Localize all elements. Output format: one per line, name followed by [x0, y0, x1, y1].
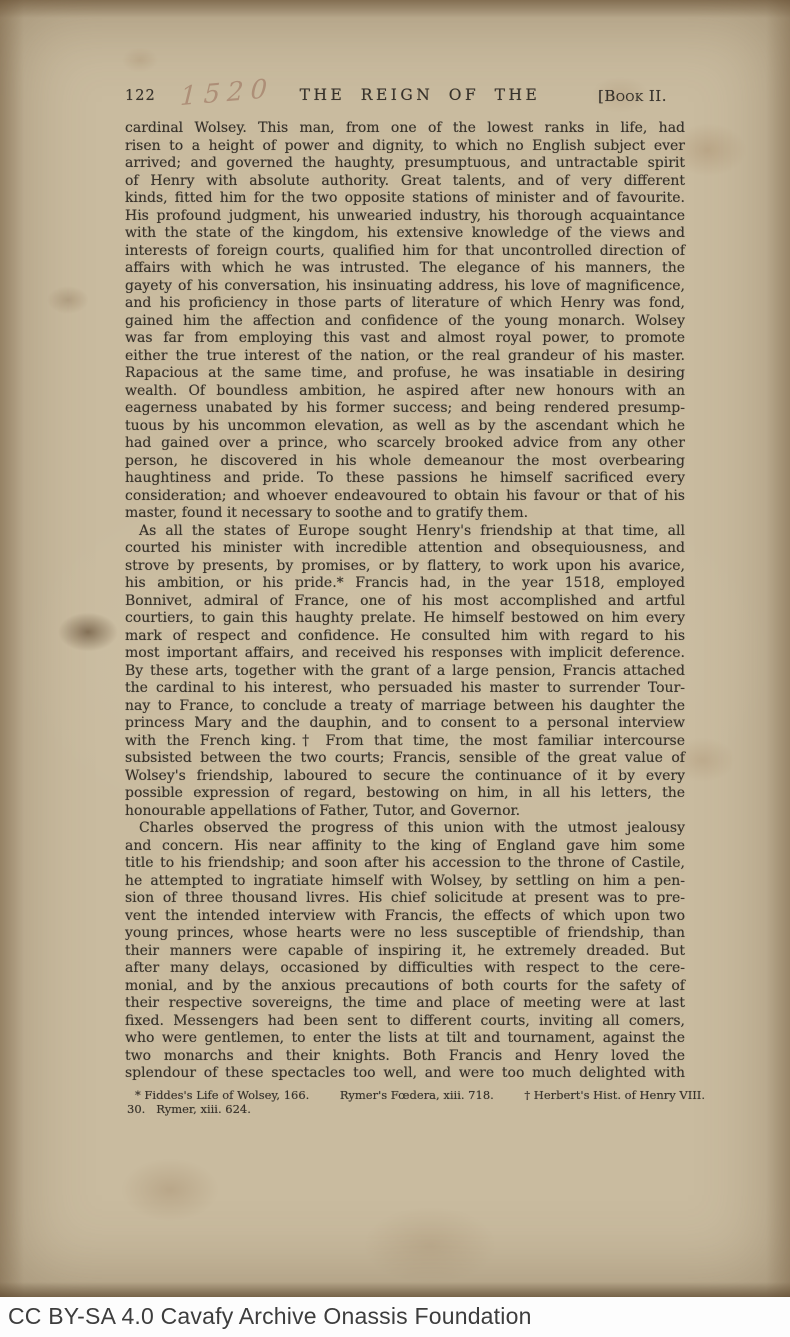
- footnote-line-2: 30. Rymer, xiii. 624.: [127, 1102, 705, 1116]
- text-line: young princes, whose hearts were no less…: [125, 925, 685, 943]
- license-text: CC BY-SA 4.0 Cavafy Archive Onassis Foun…: [0, 1297, 790, 1336]
- text-line: gayety of his conversation, his insinuat…: [125, 278, 685, 296]
- text-line: strove by presents, by promises, or by f…: [125, 558, 685, 576]
- text-line: princess Mary and the dauphin, and to co…: [125, 715, 685, 733]
- body-text: cardinal Wolsey. This man, from one of t…: [125, 120, 685, 1083]
- text-line: honourable appellations of Father, Tutor…: [125, 803, 685, 821]
- paragraph: Charles observed the progress of this un…: [125, 820, 685, 1083]
- attribution-bar: CC BY-SA 4.0 Cavafy Archive Onassis Foun…: [0, 1297, 790, 1337]
- text-line: interests of foreign courts, qualified h…: [125, 243, 685, 261]
- text-line: title to his friendship; and soon after …: [125, 855, 685, 873]
- scanned-book-page: 122 1520 THE REIGN OF THE [Book II. card…: [0, 0, 790, 1337]
- text-line: vent the intended interview with Francis…: [125, 908, 685, 926]
- text-line: nay to France, to conclude a treaty of m…: [125, 698, 685, 716]
- text-line: courtiers, to gain this haughty prelate.…: [125, 610, 685, 628]
- text-line: eagerness unabated by his former success…: [125, 400, 685, 418]
- text-line: with the state of the kingdom, his exten…: [125, 225, 685, 243]
- text-line: his ambition, or his pride.* Francis had…: [125, 575, 685, 593]
- text-line: Charles observed the progress of this un…: [125, 820, 685, 838]
- text-line: cardinal Wolsey. This man, from one of t…: [125, 120, 685, 138]
- text-line: their manners were capable of inspiring …: [125, 943, 685, 961]
- text-line: tuous by his uncommon elevation, as well…: [125, 418, 685, 436]
- text-line: person, he discovered in his whole demea…: [125, 453, 685, 471]
- text-line: with the French king.† From that time, t…: [125, 733, 685, 751]
- text-line: and concern. His near affinity to the ki…: [125, 838, 685, 856]
- paper: 122 1520 THE REIGN OF THE [Book II. card…: [0, 0, 790, 1297]
- text-line: courted his minister with incredible att…: [125, 540, 685, 558]
- text-line: after many delays, occasioned by difficu…: [125, 960, 685, 978]
- text-line: His profound judgment, his unwearied ind…: [125, 208, 685, 226]
- footnote-ref-herbert: † Herbert's Hist. of Henry VIII.: [524, 1088, 705, 1102]
- text-line: monial, and by the anxious precautions o…: [125, 978, 685, 996]
- text-line: kinds, fitted him for the two opposite s…: [125, 190, 685, 208]
- text-line: subsisted between the two courts; Franci…: [125, 750, 685, 768]
- text-line: possible expression of regard, bestowing…: [125, 785, 685, 803]
- book-label: [Book II.: [598, 87, 667, 105]
- text-line: was far from employing this vast and alm…: [125, 330, 685, 348]
- text-line: of Henry with absolute authority. Great …: [125, 173, 685, 191]
- text-line: master, found it necessary to soothe and…: [125, 505, 685, 523]
- text-line: the cardinal to his interest, who persua…: [125, 680, 685, 698]
- text-line: haughtiness and pride. To these passions…: [125, 470, 685, 488]
- text-line: Wolsey's friendship, laboured to secure …: [125, 768, 685, 786]
- text-line: risen to a height of power and dignity, …: [125, 138, 685, 156]
- text-line: and his proficiency in those parts of li…: [125, 295, 685, 313]
- text-line: sion of three thousand livres. His chief…: [125, 890, 685, 908]
- text-line: By these arts, together with the grant o…: [125, 663, 685, 681]
- footnote-ref-fiddes: * Fiddes's Life of Wolsey, 166.: [135, 1088, 309, 1102]
- footnote: * Fiddes's Life of Wolsey, 166. Rymer's …: [127, 1088, 705, 1116]
- text-line: wealth. Of boundless ambition, he aspire…: [125, 383, 685, 401]
- text-line: splendour of these spectacles too well, …: [125, 1065, 685, 1083]
- text-line: arrived; and governed the haughty, presu…: [125, 155, 685, 173]
- text-line: gained him the affection and confidence …: [125, 313, 685, 331]
- text-line: had gained over a prince, who scarcely b…: [125, 435, 685, 453]
- text-line: Rapacious at the same time, and profuse,…: [125, 365, 685, 383]
- text-line: consideration; and whoever endeavoured t…: [125, 488, 685, 506]
- text-line: Bonnivet, admiral of France, one of his …: [125, 593, 685, 611]
- page-header: 122 1520 THE REIGN OF THE [Book II.: [125, 86, 685, 110]
- text-line: most important affairs, and received his…: [125, 645, 685, 663]
- paragraph: cardinal Wolsey. This man, from one of t…: [125, 120, 685, 523]
- text-line: fixed. Messengers had been sent to diffe…: [125, 1013, 685, 1031]
- paragraph: As all the states of Europe sought Henry…: [125, 523, 685, 821]
- footnote-ref-rymer: Rymer's Fœdera, xiii. 718.: [340, 1088, 494, 1102]
- text-line: their respective sovereigns, the time an…: [125, 995, 685, 1013]
- text-line: affairs with which he was intrusted. The…: [125, 260, 685, 278]
- footnote-line-1: * Fiddes's Life of Wolsey, 166. Rymer's …: [127, 1088, 705, 1102]
- text-line: either the true interest of the nation, …: [125, 348, 685, 366]
- text-line: As all the states of Europe sought Henry…: [125, 523, 685, 541]
- text-line: he attempted to ingratiate himself with …: [125, 873, 685, 891]
- text-line: who were gentlemen, to enter the lists a…: [125, 1030, 685, 1048]
- text-line: mark of respect and confidence. He consu…: [125, 628, 685, 646]
- text-line: two monarchs and their knights. Both Fra…: [125, 1048, 685, 1066]
